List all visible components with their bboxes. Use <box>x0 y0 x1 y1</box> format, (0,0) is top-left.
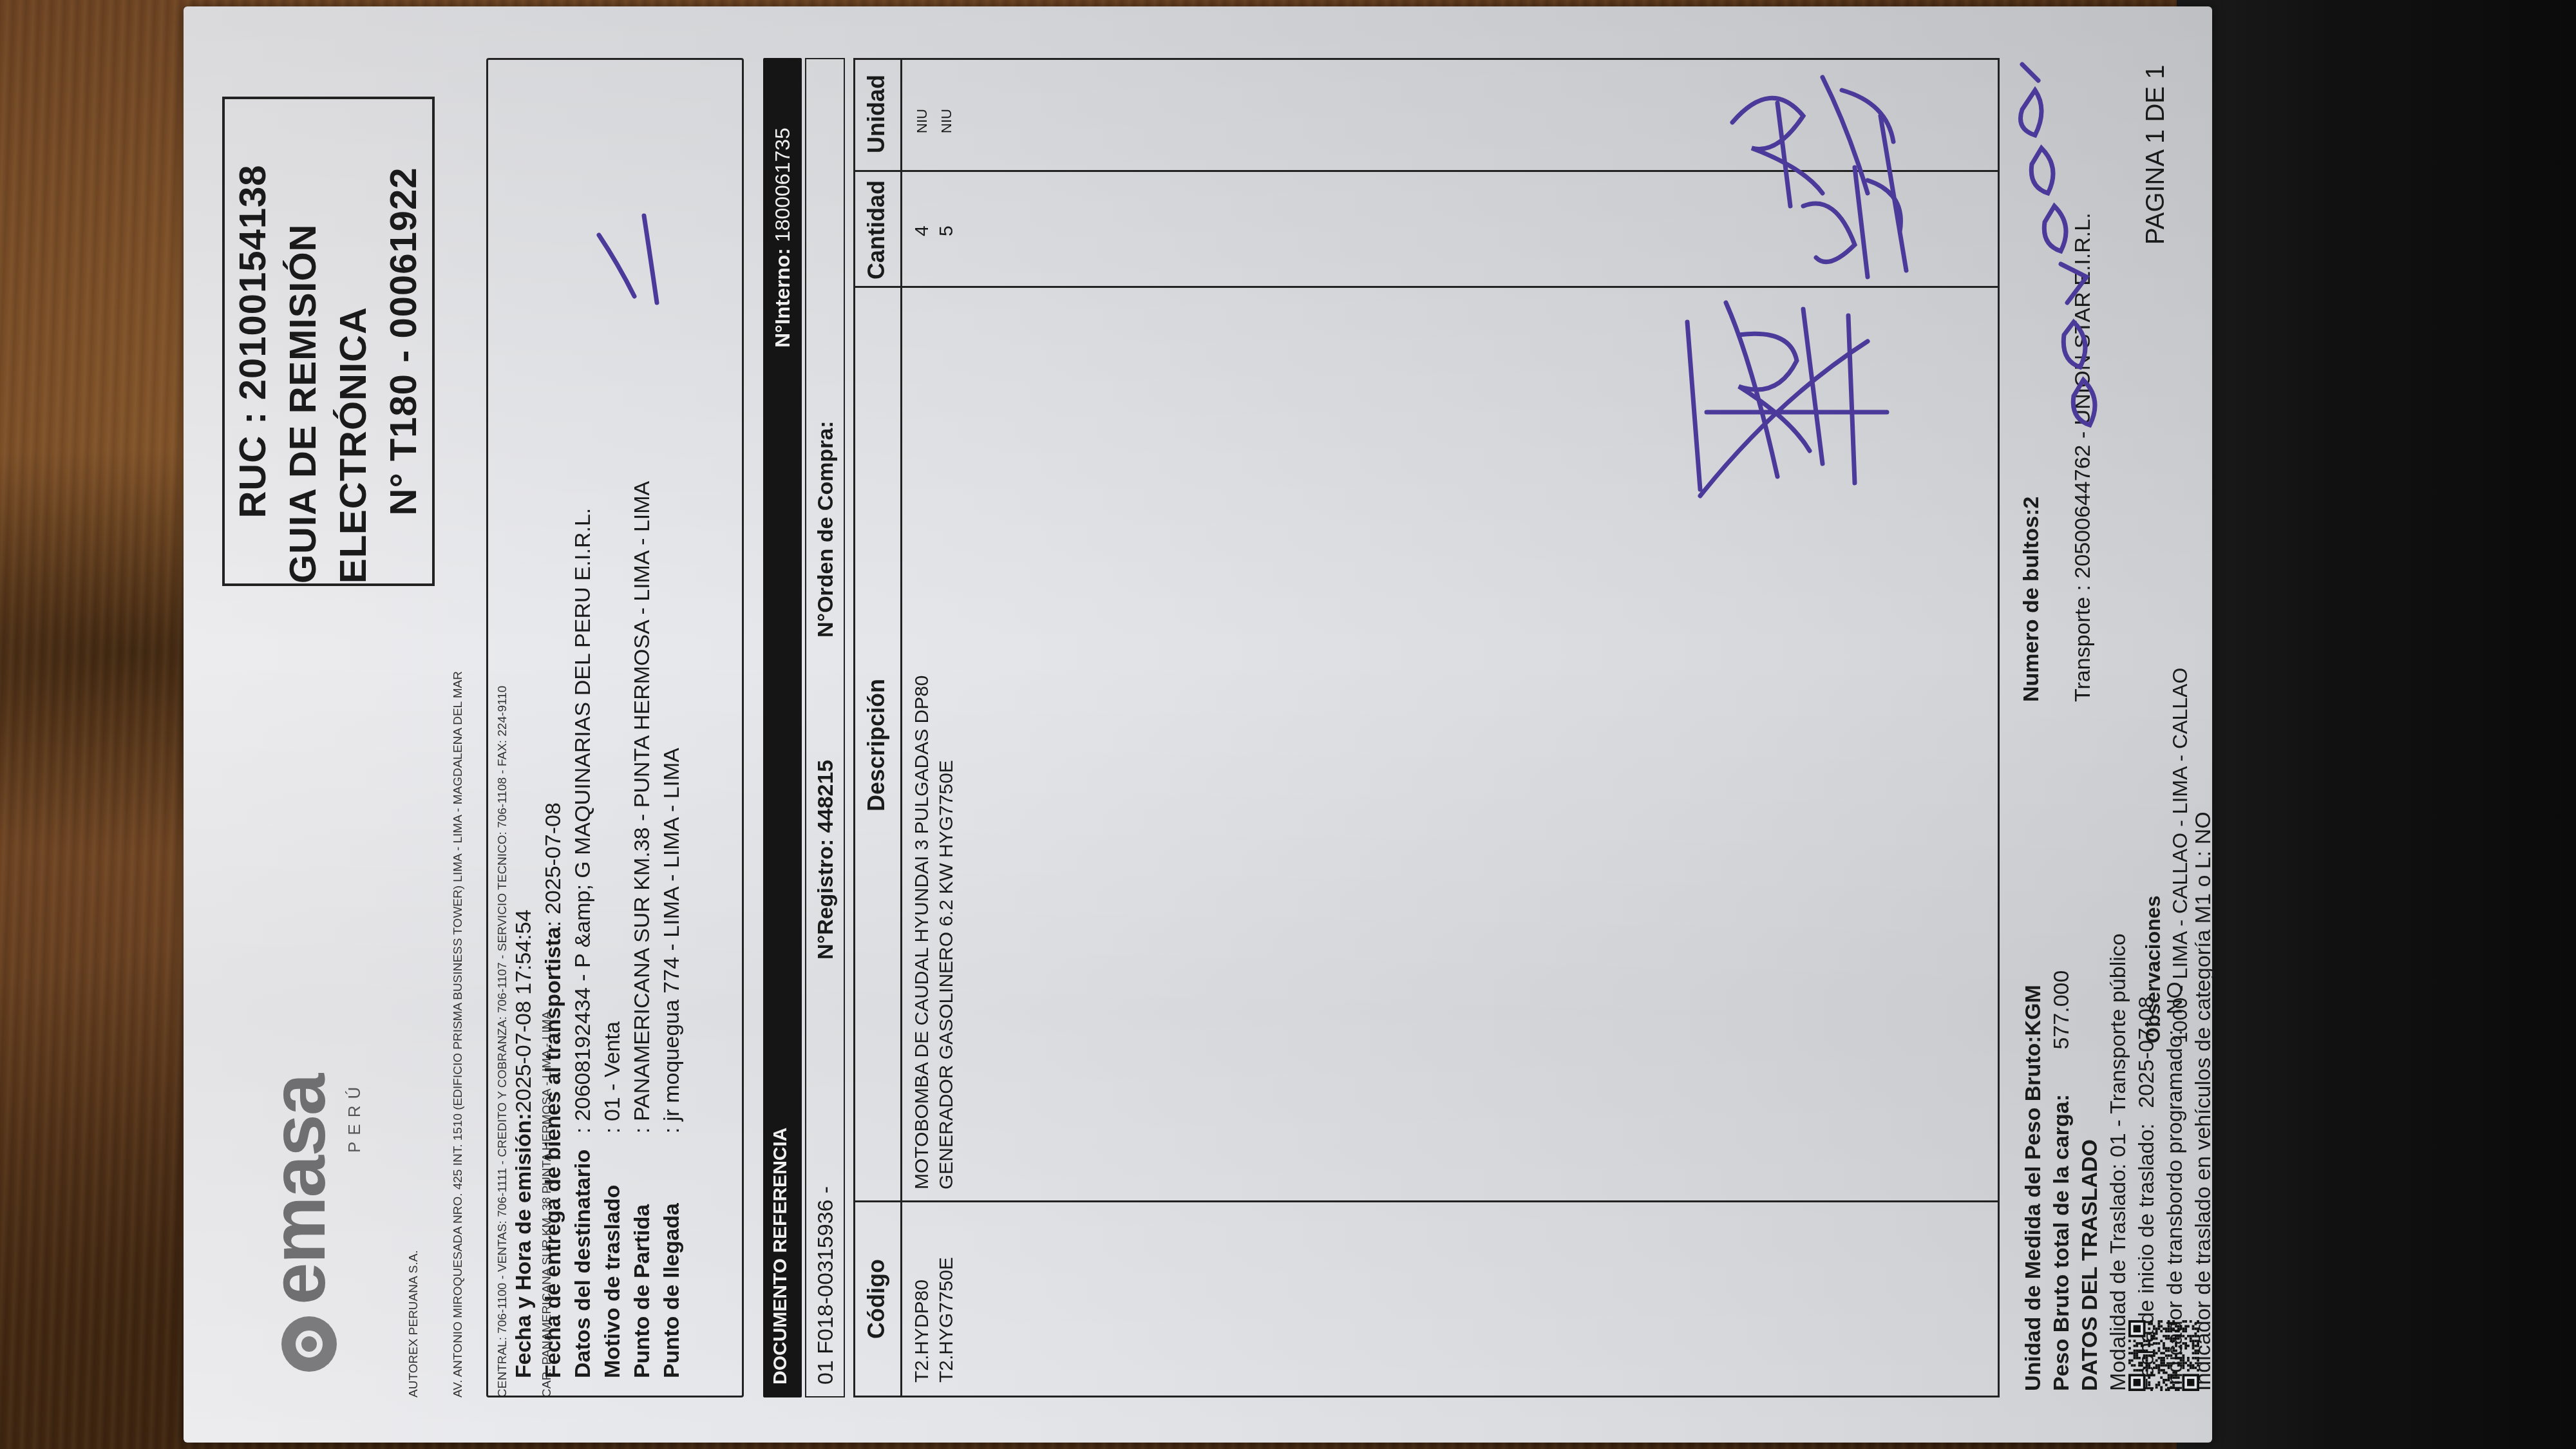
items-table: Código Descripción Cantidad Unidad T2.HY… <box>853 58 2000 1397</box>
info-label: Fecha de entrega de bienes al transporti… <box>538 927 568 1378</box>
company-logo: emasa <box>261 1075 337 1372</box>
document-number: N° T180 - 00061922 <box>379 167 429 516</box>
column-divider <box>855 286 1998 288</box>
column-header-descripcion: Descripción <box>863 288 890 1202</box>
cell-codigo: T2.HYDP80 <box>910 1280 934 1383</box>
cell-descripcion: GENERADOR GASOLINERO 6.2 KW HYG7750E <box>934 760 959 1189</box>
info-row-entrega: Fecha de entrega de bienes al transporti… <box>538 481 568 1378</box>
modalidad-traslado: Modalidad de Traslado: 01 - Transporte p… <box>2104 811 2132 1391</box>
observaciones-value: 1000 - LIMA - CALLAO - LIMA - CALLAO <box>2168 668 2192 1043</box>
numero-bultos: Numero de bultos:2 <box>2019 497 2044 702</box>
peso-bruto-label: Peso Bruto total de la carga: <box>2049 1094 2074 1391</box>
guia-remision-document: emasa PERÚ AUTOREX PERUANA S.A. AV. ANTO… <box>184 6 2212 1443</box>
cell-unidad: NIU <box>934 109 959 133</box>
info-row-emision: Fecha y Hora de emisión: 2025-07-08 17:5… <box>509 481 538 1378</box>
info-value: : 01 - Venta <box>598 1021 627 1133</box>
peso-bruto: Peso Bruto total de la carga: 577.000 <box>2047 811 2076 1391</box>
document-type: GUIA DE REMISIÓN ELECTRÓNICA <box>278 99 379 583</box>
info-label: Punto de Partida <box>627 1133 657 1378</box>
interno-label: N°Interno: <box>771 248 794 348</box>
cell-cantidad: 4 <box>910 225 934 236</box>
interno-value: 1800061735 <box>771 128 794 242</box>
info-value: : jr moquegua 774 - LIMA - LIMA - LIMA <box>657 748 687 1133</box>
logo-text: emasa <box>261 1075 337 1305</box>
info-row-llegada: Punto de llegada : jr moquegua 774 - LIM… <box>657 481 687 1378</box>
emasa-logo-icon <box>281 1316 337 1372</box>
column-header-codigo: Código <box>863 1202 890 1396</box>
categoria-m1: Indicador de traslado en vehículos de ca… <box>2189 811 2217 1391</box>
column-header-cantidad: Cantidad <box>863 172 890 288</box>
column-divider <box>855 1200 1998 1202</box>
company-address: AV. ANTONIO MIROQUESADA NRO. 425 INT. 15… <box>451 671 466 1397</box>
info-value: : 20608192434 - P &amp; G MAQUINARIAS DE… <box>568 508 598 1133</box>
reference-document: 01 F018-00315936 - <box>813 1186 838 1385</box>
numero-interno: N°Interno: 1800061735 <box>771 128 795 348</box>
transportista: Transporte : 20500644762 - UNION STAR E.… <box>2070 213 2096 702</box>
observaciones-title: Observaciones <box>2141 896 2165 1043</box>
ruc-number: RUC : 20100154138 <box>228 164 278 518</box>
column-header-unidad: Unidad <box>863 56 890 172</box>
cell-unidad: NIU <box>910 109 934 133</box>
document-reference-label: DOCUMENTO REFERENCIA <box>770 1128 791 1385</box>
info-label: Datos del destinatario <box>568 1133 598 1378</box>
cell-codigo: T2.HYG7750E <box>934 1257 959 1383</box>
company-name: AUTOREX PERUANA S.A. <box>406 671 421 1397</box>
cell-descripcion: MOTOBOMBA DE CAUDAL HYUNDAI 3 PULGADAS D… <box>910 675 934 1189</box>
info-label: Motivo de traslado <box>598 1133 627 1378</box>
column-divider <box>855 170 1998 172</box>
cell-cantidad: 5 <box>934 225 959 236</box>
qr-code-icon <box>2128 1320 2199 1391</box>
logo-country: PERÚ <box>345 1081 365 1153</box>
info-label: Fecha y Hora de emisión: <box>509 1113 538 1378</box>
info-row-destinatario: Datos del destinatario : 20608192434 - P… <box>568 481 598 1378</box>
info-label: Punto de llegada <box>657 1133 687 1378</box>
info-value: : PANAMERICANA SUR KM.38 - PUNTA HERMOSA… <box>627 481 657 1133</box>
info-row-partida: Punto de Partida : PANAMERICANA SUR KM.3… <box>627 481 657 1378</box>
orden-compra: N°Orden de Compra: <box>813 421 838 638</box>
transfer-info: Fecha y Hora de emisión: 2025-07-08 17:5… <box>509 481 687 1378</box>
peso-bruto-value: 577.000 <box>2049 971 2074 1050</box>
numero-registro: N°Registro: 448215 <box>813 760 838 960</box>
datos-traslado-title: DATOS DEL TRASLADO <box>2076 811 2104 1391</box>
qr-code <box>2128 1320 2202 1391</box>
page-number-label: PAGINA 1 DE 1 <box>2141 65 2170 245</box>
info-value: : 2025-07-08 <box>538 802 568 927</box>
unidad-medida: Unidad de Medida del Peso Bruto:KGM <box>2019 811 2047 1391</box>
dark-surface <box>2177 0 2576 1449</box>
ruc-box: RUC : 20100154138 GUIA DE REMISIÓN ELECT… <box>222 97 435 586</box>
info-value: 2025-07-08 17:54:54 <box>509 909 538 1113</box>
table-header-divider <box>900 60 902 1396</box>
info-row-motivo: Motivo de traslado : 01 - Venta <box>598 481 627 1378</box>
